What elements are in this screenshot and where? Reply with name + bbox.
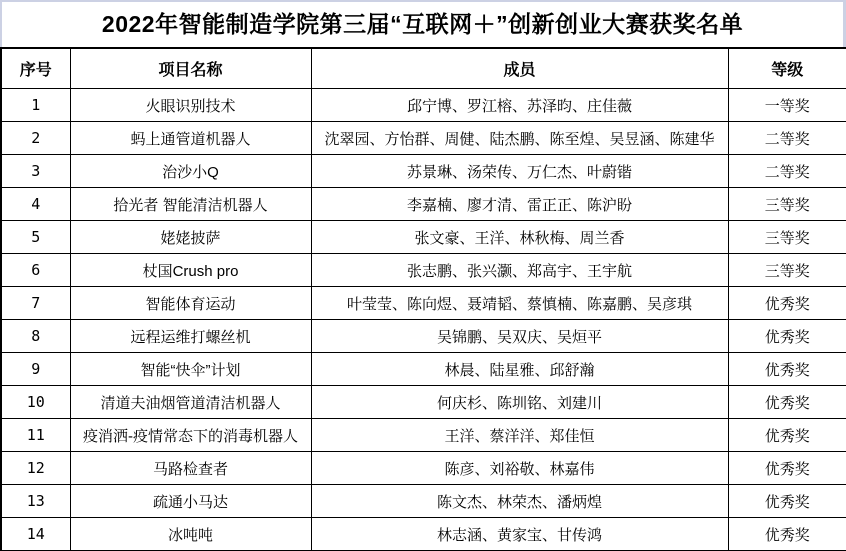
row-number-cell: 14: [1, 518, 70, 551]
members-cell: 张文豪、王洋、林秋梅、周兰香: [311, 221, 728, 254]
grade-cell: 三等奖: [728, 254, 846, 287]
table-row: 8远程运维打螺丝机吴锦鹏、吴双庆、吴烜平优秀奖: [1, 320, 846, 353]
header-grade: 等级: [728, 48, 846, 89]
table-row: 6杖国Crush pro张志鹏、张兴灏、郑高宇、王宇航三等奖: [1, 254, 846, 287]
table-row: 12马路检查者陈彦、刘裕敬、林嘉伟优秀奖: [1, 452, 846, 485]
header-no: 序号: [1, 48, 70, 89]
row-number-cell: 5: [1, 221, 70, 254]
row-number-cell: 7: [1, 287, 70, 320]
members-cell: 李嘉楠、廖才清、雷正正、陈沪盼: [311, 188, 728, 221]
table-row: 7智能体育运动叶莹莹、陈向煜、聂靖韬、蔡慎楠、陈嘉鹏、吴彦琪优秀奖: [1, 287, 846, 320]
table-row: 11疫消洒-疫情常态下的消毒机器人王洋、蔡洋洋、郑佳恒优秀奖: [1, 419, 846, 452]
row-number-cell: 13: [1, 485, 70, 518]
row-number-cell: 1: [1, 89, 70, 122]
grade-cell: 优秀奖: [728, 518, 846, 551]
grade-cell: 二等奖: [728, 122, 846, 155]
members-cell: 叶莹莹、陈向煜、聂靖韬、蔡慎楠、陈嘉鹏、吴彦琪: [311, 287, 728, 320]
awards-table: 序号 项目名称 成员 等级 1火眼识别技术邱宁博、罗江榕、苏泽昀、庄佳薇一等奖2…: [0, 47, 846, 551]
row-number-cell: 6: [1, 254, 70, 287]
grade-cell: 优秀奖: [728, 320, 846, 353]
table-row: 10清道夫油烟管道清洁机器人何庆杉、陈圳铭、刘建川优秀奖: [1, 386, 846, 419]
grade-cell: 三等奖: [728, 188, 846, 221]
table-header: 序号 项目名称 成员 等级: [1, 48, 846, 89]
grade-cell: 优秀奖: [728, 419, 846, 452]
members-cell: 林志涵、黄家宝、甘传鸿: [311, 518, 728, 551]
project-name-cell: 清道夫油烟管道清洁机器人: [70, 386, 311, 419]
header-row: 序号 项目名称 成员 等级: [1, 48, 846, 89]
grade-cell: 优秀奖: [728, 287, 846, 320]
project-name-cell: 疫消洒-疫情常态下的消毒机器人: [70, 419, 311, 452]
table-body: 1火眼识别技术邱宁博、罗江榕、苏泽昀、庄佳薇一等奖2蚂上通管道机器人沈翠园、方怡…: [1, 89, 846, 551]
project-name-cell: 治沙小Q: [70, 155, 311, 188]
project-name-cell: 拾光者 智能清洁机器人: [70, 188, 311, 221]
table-row: 4拾光者 智能清洁机器人李嘉楠、廖才清、雷正正、陈沪盼三等奖: [1, 188, 846, 221]
project-name-cell: 姥姥披萨: [70, 221, 311, 254]
grade-cell: 优秀奖: [728, 452, 846, 485]
row-number-cell: 3: [1, 155, 70, 188]
table-row: 1火眼识别技术邱宁博、罗江榕、苏泽昀、庄佳薇一等奖: [1, 89, 846, 122]
table-row: 3治沙小Q苏景琳、汤荣传、万仁杰、叶蔚锴二等奖: [1, 155, 846, 188]
project-name-cell: 马路检查者: [70, 452, 311, 485]
members-cell: 王洋、蔡洋洋、郑佳恒: [311, 419, 728, 452]
table-row: 5姥姥披萨张文豪、王洋、林秋梅、周兰香三等奖: [1, 221, 846, 254]
project-name-cell: 疏通小马达: [70, 485, 311, 518]
members-cell: 陈彦、刘裕敬、林嘉伟: [311, 452, 728, 485]
grade-cell: 二等奖: [728, 155, 846, 188]
row-number-cell: 9: [1, 353, 70, 386]
table-row: 9智能“快伞”计划林晨、陆星雅、邱舒瀚优秀奖: [1, 353, 846, 386]
members-cell: 吴锦鹏、吴双庆、吴烜平: [311, 320, 728, 353]
row-number-cell: 11: [1, 419, 70, 452]
grade-cell: 一等奖: [728, 89, 846, 122]
grade-cell: 优秀奖: [728, 353, 846, 386]
project-name-cell: 智能“快伞”计划: [70, 353, 311, 386]
project-name-cell: 远程运维打螺丝机: [70, 320, 311, 353]
members-cell: 何庆杉、陈圳铭、刘建川: [311, 386, 728, 419]
members-cell: 沈翠园、方怡群、周健、陆杰鹏、陈至煌、吴昱涵、陈建华: [311, 122, 728, 155]
grade-cell: 优秀奖: [728, 386, 846, 419]
members-cell: 邱宁博、罗江榕、苏泽昀、庄佳薇: [311, 89, 728, 122]
table-row: 2蚂上通管道机器人沈翠园、方怡群、周健、陆杰鹏、陈至煌、吴昱涵、陈建华二等奖: [1, 122, 846, 155]
row-number-cell: 12: [1, 452, 70, 485]
table-row: 13疏通小马达陈文杰、林荣杰、潘炳煌优秀奖: [1, 485, 846, 518]
page-title: 2022年智能制造学院第三届“互联网＋”创新创业大赛获奖名单: [2, 2, 843, 47]
row-number-cell: 2: [1, 122, 70, 155]
row-number-cell: 8: [1, 320, 70, 353]
project-name-cell: 杖国Crush pro: [70, 254, 311, 287]
grade-cell: 优秀奖: [728, 485, 846, 518]
members-cell: 苏景琳、汤荣传、万仁杰、叶蔚锴: [311, 155, 728, 188]
row-number-cell: 4: [1, 188, 70, 221]
project-name-cell: 火眼识别技术: [70, 89, 311, 122]
project-name-cell: 蚂上通管道机器人: [70, 122, 311, 155]
project-name-cell: 智能体育运动: [70, 287, 311, 320]
grade-cell: 三等奖: [728, 221, 846, 254]
members-cell: 张志鹏、张兴灏、郑高宇、王宇航: [311, 254, 728, 287]
header-members: 成员: [311, 48, 728, 89]
table-row: 14冰吨吨林志涵、黄家宝、甘传鸿优秀奖: [1, 518, 846, 551]
members-cell: 陈文杰、林荣杰、潘炳煌: [311, 485, 728, 518]
members-cell: 林晨、陆星雅、邱舒瀚: [311, 353, 728, 386]
header-project: 项目名称: [70, 48, 311, 89]
project-name-cell: 冰吨吨: [70, 518, 311, 551]
row-number-cell: 10: [1, 386, 70, 419]
award-list-page: 2022年智能制造学院第三届“互联网＋”创新创业大赛获奖名单 序号 项目名称 成…: [0, 0, 846, 551]
